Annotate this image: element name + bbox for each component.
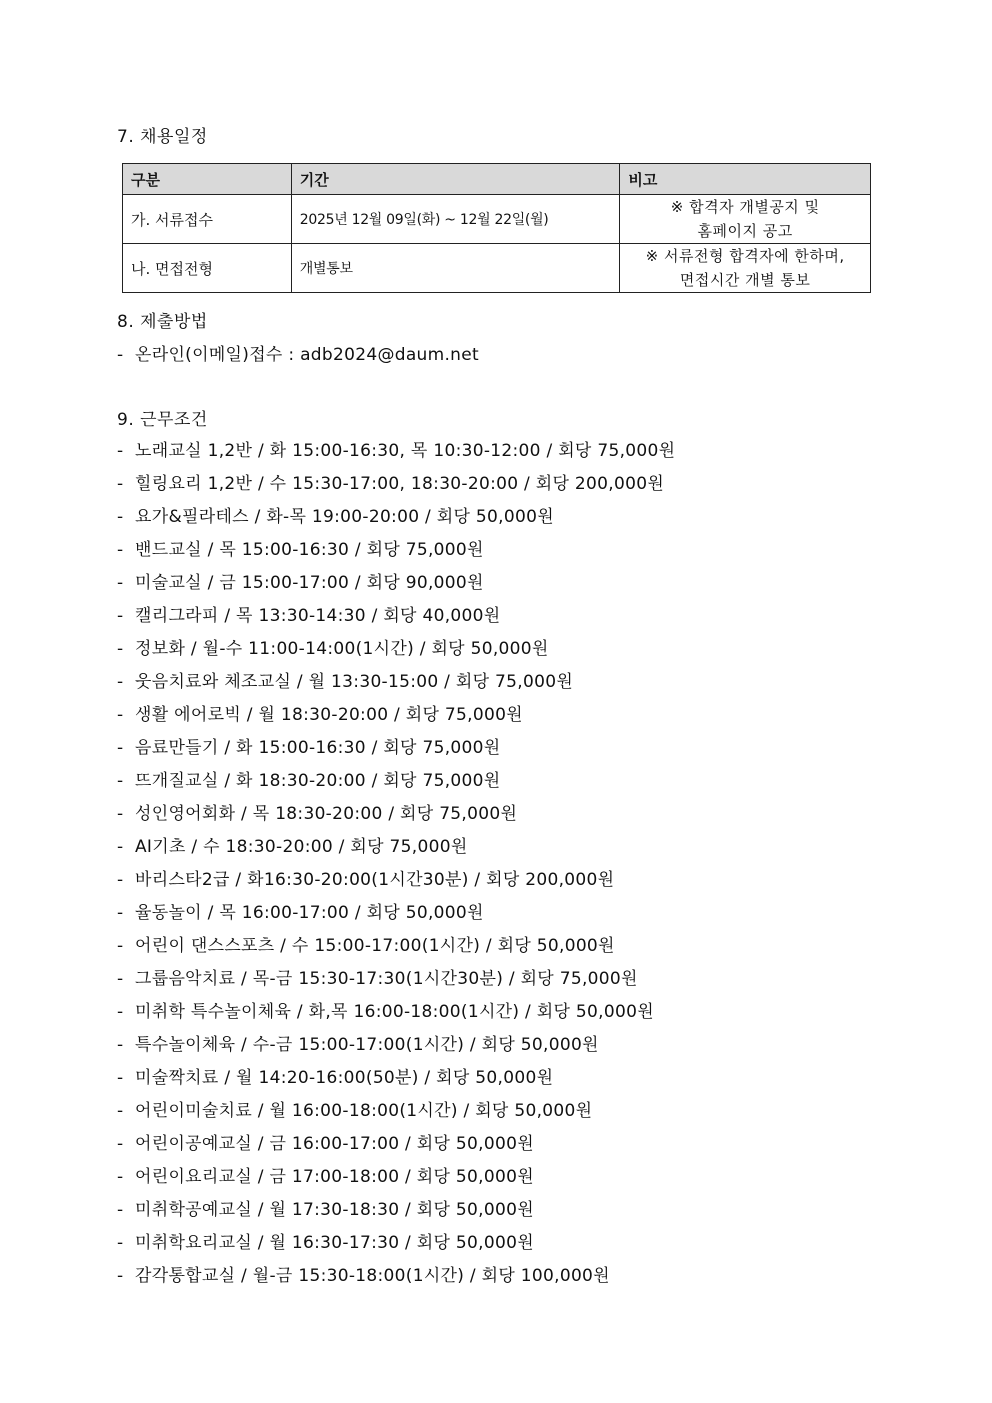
list-item: -미취학 특수놀이체육 / 화,목 16:00-18:00(1시간) / 회당 … xyxy=(117,999,675,1032)
bullet-dash: - xyxy=(117,504,135,530)
list-item: -바리스타2급 / 화16:30-20:00(1시간30분) / 회당 200,… xyxy=(117,867,675,900)
condition-text: 미술짝치료 / 월 14:20-16:00(50분) / 회당 50,000원 xyxy=(135,1068,553,1088)
condition-text: 미취학공예교실 / 월 17:30-18:30 / 회당 50,000원 xyxy=(135,1200,534,1220)
list-item: -힐링요리 1,2반 / 수 15:30-17:00, 18:30-20:00 … xyxy=(117,471,675,504)
condition-text: 웃음치료와 체조교실 / 월 13:30-15:00 / 회당 75,000원 xyxy=(135,672,573,692)
recruitment-schedule-table: 구분 기간 비고 가. 서류접수 2025년 12월 09일(화) ~ 12월 … xyxy=(122,163,871,293)
condition-text: 바리스타2급 / 화16:30-20:00(1시간30분) / 회당 200,0… xyxy=(135,870,614,890)
list-item: -뜨개질교실 / 화 18:30-20:00 / 회당 75,000원 xyxy=(117,768,675,801)
condition-text: AI기초 / 수 18:30-20:00 / 회당 75,000원 xyxy=(135,837,468,857)
note-line-2: 면접시간 개별 통보 xyxy=(628,268,862,292)
submission-method: -온라인(이메일)접수 : adb2024@daum.net xyxy=(117,340,479,365)
list-item: -미취학공예교실 / 월 17:30-18:30 / 회당 50,000원 xyxy=(117,1197,675,1230)
list-item: -어린이공예교실 / 금 16:00-17:00 / 회당 50,000원 xyxy=(117,1131,675,1164)
list-item: -밴드교실 / 목 15:00-16:30 / 회당 75,000원 xyxy=(117,537,675,570)
condition-text: 그룹음악치료 / 목-금 15:30-17:30(1시간30분) / 회당 75… xyxy=(135,969,638,989)
list-item: -요가&필라테스 / 화-목 19:00-20:00 / 회당 50,000원 xyxy=(117,504,675,537)
section-9-title: 9. 근무조건 xyxy=(117,405,208,430)
period-cell: 2025년 12월 09일(화) ~ 12월 22일(월) xyxy=(291,195,620,244)
note-line-1: ※ 서류전형 합격자에 한하며, xyxy=(628,244,862,268)
condition-text: 어린이 댄스스포츠 / 수 15:00-17:00(1시간) / 회당 50,0… xyxy=(135,936,615,956)
condition-text: 캘리그라피 / 목 13:30-14:30 / 회당 40,000원 xyxy=(135,606,500,626)
bullet-dash: - xyxy=(117,537,135,563)
bullet-dash: - xyxy=(117,345,135,365)
list-item: -캘리그라피 / 목 13:30-14:30 / 회당 40,000원 xyxy=(117,603,675,636)
period-cell: 개별통보 xyxy=(291,244,620,293)
header-category: 구분 xyxy=(123,164,292,195)
condition-text: 생활 에어로빅 / 월 18:30-20:00 / 회당 75,000원 xyxy=(135,705,523,725)
condition-text: 어린이미술치료 / 월 16:00-18:00(1시간) / 회당 50,000… xyxy=(135,1101,592,1121)
bullet-dash: - xyxy=(117,702,135,728)
list-item: -감각통합교실 / 월-금 15:30-18:00(1시간) / 회당 100,… xyxy=(117,1263,675,1296)
bullet-dash: - xyxy=(117,1164,135,1190)
list-item: -특수놀이체육 / 수-금 15:00-17:00(1시간) / 회당 50,0… xyxy=(117,1032,675,1065)
condition-text: 미술교실 / 금 15:00-17:00 / 회당 90,000원 xyxy=(135,573,484,593)
bullet-dash: - xyxy=(117,603,135,629)
bullet-dash: - xyxy=(117,1197,135,1223)
list-item: -음료만들기 / 화 15:00-16:30 / 회당 75,000원 xyxy=(117,735,675,768)
condition-text: 힐링요리 1,2반 / 수 15:30-17:00, 18:30-20:00 /… xyxy=(135,474,664,494)
bullet-dash: - xyxy=(117,471,135,497)
table-row: 나. 면접전형 개별통보 ※ 서류전형 합격자에 한하며, 면접시간 개별 통보 xyxy=(123,244,871,293)
bullet-dash: - xyxy=(117,966,135,992)
condition-text: 율동놀이 / 목 16:00-17:00 / 회당 50,000원 xyxy=(135,903,484,923)
bullet-dash: - xyxy=(117,735,135,761)
list-item: -정보화 / 월-수 11:00-14:00(1시간) / 회당 50,000원 xyxy=(117,636,675,669)
table-row: 가. 서류접수 2025년 12월 09일(화) ~ 12월 22일(월) ※ … xyxy=(123,195,871,244)
bullet-dash: - xyxy=(117,669,135,695)
table-header-row: 구분 기간 비고 xyxy=(123,164,871,195)
category-cell: 나. 면접전형 xyxy=(123,244,292,293)
condition-text: 노래교실 1,2반 / 화 15:00-16:30, 목 10:30-12:00… xyxy=(135,441,675,461)
condition-text: 어린이요리교실 / 금 17:00-18:00 / 회당 50,000원 xyxy=(135,1167,534,1187)
bullet-dash: - xyxy=(117,570,135,596)
condition-text: 음료만들기 / 화 15:00-16:30 / 회당 75,000원 xyxy=(135,738,500,758)
note-cell: ※ 합격자 개별공지 및 홈페이지 공고 xyxy=(620,195,871,244)
header-note: 비고 xyxy=(620,164,871,195)
bullet-dash: - xyxy=(117,867,135,893)
header-period: 기간 xyxy=(291,164,620,195)
condition-text: 감각통합교실 / 월-금 15:30-18:00(1시간) / 회당 100,0… xyxy=(135,1266,610,1286)
list-item: -미술짝치료 / 월 14:20-16:00(50분) / 회당 50,000원 xyxy=(117,1065,675,1098)
note-line-2: 홈페이지 공고 xyxy=(628,219,862,243)
bullet-dash: - xyxy=(117,1263,135,1289)
bullet-dash: - xyxy=(117,801,135,827)
section-8-title: 8. 제출방법 xyxy=(117,307,208,332)
bullet-dash: - xyxy=(117,438,135,464)
section-7-title: 7. 채용일정 xyxy=(117,122,208,147)
condition-text: 특수놀이체육 / 수-금 15:00-17:00(1시간) / 회당 50,00… xyxy=(135,1035,599,1055)
bullet-dash: - xyxy=(117,1098,135,1124)
condition-text: 미취학 특수놀이체육 / 화,목 16:00-18:00(1시간) / 회당 5… xyxy=(135,1002,654,1022)
list-item: -어린이미술치료 / 월 16:00-18:00(1시간) / 회당 50,00… xyxy=(117,1098,675,1131)
note-cell: ※ 서류전형 합격자에 한하며, 면접시간 개별 통보 xyxy=(620,244,871,293)
condition-text: 뜨개질교실 / 화 18:30-20:00 / 회당 75,000원 xyxy=(135,771,500,791)
condition-text: 성인영어회화 / 목 18:30-20:00 / 회당 75,000원 xyxy=(135,804,517,824)
bullet-dash: - xyxy=(117,1230,135,1256)
bullet-dash: - xyxy=(117,1131,135,1157)
list-item: -미취학요리교실 / 월 16:30-17:30 / 회당 50,000원 xyxy=(117,1230,675,1263)
condition-text: 어린이공예교실 / 금 16:00-17:00 / 회당 50,000원 xyxy=(135,1134,534,1154)
list-item: -AI기초 / 수 18:30-20:00 / 회당 75,000원 xyxy=(117,834,675,867)
note-line-1: ※ 합격자 개별공지 및 xyxy=(628,195,862,219)
bullet-dash: - xyxy=(117,636,135,662)
bullet-dash: - xyxy=(117,933,135,959)
bullet-dash: - xyxy=(117,834,135,860)
list-item: -어린이 댄스스포츠 / 수 15:00-17:00(1시간) / 회당 50,… xyxy=(117,933,675,966)
bullet-dash: - xyxy=(117,1032,135,1058)
condition-text: 밴드교실 / 목 15:00-16:30 / 회당 75,000원 xyxy=(135,540,484,560)
list-item: -생활 에어로빅 / 월 18:30-20:00 / 회당 75,000원 xyxy=(117,702,675,735)
category-cell: 가. 서류접수 xyxy=(123,195,292,244)
bullet-dash: - xyxy=(117,1065,135,1091)
condition-text: 정보화 / 월-수 11:00-14:00(1시간) / 회당 50,000원 xyxy=(135,639,549,659)
condition-text: 요가&필라테스 / 화-목 19:00-20:00 / 회당 50,000원 xyxy=(135,507,554,527)
bullet-dash: - xyxy=(117,768,135,794)
list-item: -어린이요리교실 / 금 17:00-18:00 / 회당 50,000원 xyxy=(117,1164,675,1197)
bullet-dash: - xyxy=(117,900,135,926)
condition-text: 미취학요리교실 / 월 16:30-17:30 / 회당 50,000원 xyxy=(135,1233,534,1253)
document-page: 7. 채용일정 구분 기간 비고 가. 서류접수 2025년 12월 09일(화… xyxy=(0,0,992,1403)
list-item: -성인영어회화 / 목 18:30-20:00 / 회당 75,000원 xyxy=(117,801,675,834)
list-item: -웃음치료와 체조교실 / 월 13:30-15:00 / 회당 75,000원 xyxy=(117,669,675,702)
submission-method-text: 온라인(이메일)접수 : adb2024@daum.net xyxy=(135,345,479,365)
list-item: -미술교실 / 금 15:00-17:00 / 회당 90,000원 xyxy=(117,570,675,603)
list-item: -그룹음악치료 / 목-금 15:30-17:30(1시간30분) / 회당 7… xyxy=(117,966,675,999)
work-conditions-list: -노래교실 1,2반 / 화 15:00-16:30, 목 10:30-12:0… xyxy=(117,438,675,1296)
bullet-dash: - xyxy=(117,999,135,1025)
list-item: -노래교실 1,2반 / 화 15:00-16:30, 목 10:30-12:0… xyxy=(117,438,675,471)
list-item: -율동놀이 / 목 16:00-17:00 / 회당 50,000원 xyxy=(117,900,675,933)
